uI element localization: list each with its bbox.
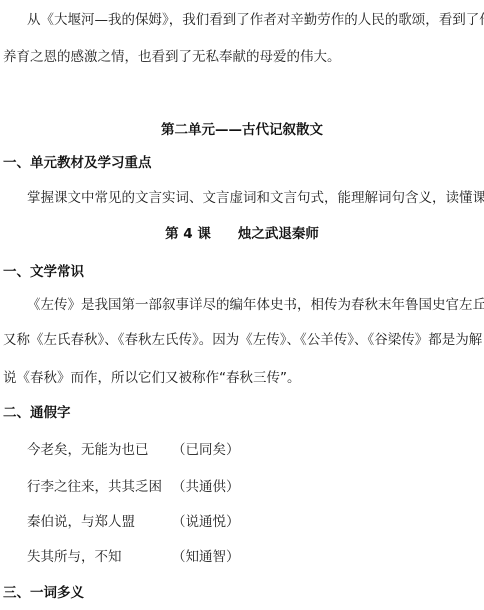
tongjia-item: 今老矣，无能为也已 （已同矣） xyxy=(27,441,149,459)
tongjia-note: （已同矣） xyxy=(172,441,240,459)
literary-knowledge-line-1: 《左传》是我国第一部叙事详尽的编年体史书，相传为春秋末年鲁国史官左丘明所作， xyxy=(27,296,484,314)
intro-paragraph-line-1: 从《大堰河—我的保姆》，我们看到了作者对辛勤劳作的人民的歌颂，看到了作者对 xyxy=(27,11,484,29)
tongjia-sentence: 失其所与，不知 xyxy=(27,549,122,565)
literary-knowledge-line-3: 说《春秋》而作，所以它们又被称作“春秋三传”。 xyxy=(3,369,301,387)
tongjia-sentence: 秦伯说，与郑人盟 xyxy=(27,514,135,530)
tongjia-sentence: 行李之往来，共其乏困 xyxy=(27,479,162,495)
tongjia-item: 行李之往来，共其乏困 （共通供） xyxy=(27,478,162,496)
tongjia-note: （知通智） xyxy=(172,548,240,566)
literary-knowledge-line-2: 又称《左氏春秋》、《春秋左氏传》。因为《左传》、《公羊传》、《谷梁传》都是为解 xyxy=(3,331,482,349)
section-heading-unit-focus: 一、单元教材及学习重点 xyxy=(3,154,152,172)
tongjia-item: 失其所与，不知 （知通智） xyxy=(27,548,122,566)
tongjia-item: 秦伯说，与郑人盟 （说通悦） xyxy=(27,513,135,531)
section-heading-polysemy: 三、一词多义 xyxy=(3,584,84,602)
tongjia-note: （说通悦） xyxy=(172,513,240,531)
section-heading-tongjiazi: 二、通假字 xyxy=(3,404,71,422)
unit-title: 第二单元——古代记叙散文 xyxy=(0,121,484,139)
tongjia-sentence: 今老矣，无能为也已 xyxy=(27,442,149,458)
lesson-title: 第 4 课 烛之武退秦师 xyxy=(0,225,484,243)
intro-paragraph-line-2: 养育之恩的感激之情，也看到了无私奉献的母爱的伟大。 xyxy=(3,48,341,66)
tongjia-note: （共通供） xyxy=(172,478,240,496)
unit-focus-body: 掌握课文中常见的文言实词、文言虚词和文言句式，能理解词句含义，读懂课文。 xyxy=(27,189,484,207)
section-heading-literary-knowledge: 一、文学常识 xyxy=(3,263,84,281)
